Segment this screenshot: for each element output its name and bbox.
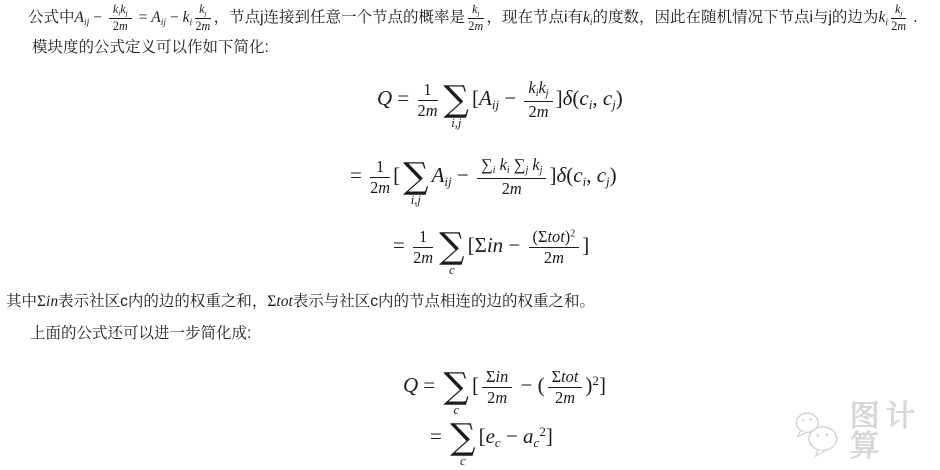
math-roman: = bbox=[418, 373, 440, 397]
fraction-denominator: 2m bbox=[524, 102, 552, 121]
fraction-numerator: ∑i ki ∑j kj bbox=[477, 156, 546, 179]
fraction-numerator: kj bbox=[468, 3, 483, 19]
math-roman: 1 bbox=[419, 227, 427, 246]
summation-index: i,j bbox=[451, 117, 461, 130]
paragraph-simplify-intro: 模块度的公式定义可以作如下简化: bbox=[32, 30, 269, 66]
math-italic: δ bbox=[563, 86, 573, 110]
paragraph-further-simplify-intro: 上面的公式还可以进一步简化成: bbox=[30, 316, 251, 352]
sigma-symbol: ∑ bbox=[403, 160, 428, 194]
fraction-numerator: kikj bbox=[109, 3, 132, 19]
math-var: cj bbox=[603, 86, 616, 110]
math-roman: Σ bbox=[552, 367, 562, 386]
math-var: ac bbox=[523, 424, 539, 448]
math-var: ci bbox=[573, 163, 586, 187]
fraction-numerator: kikj bbox=[524, 79, 552, 102]
math-roman: 1 bbox=[376, 157, 384, 176]
fraction-numerator: 1 bbox=[370, 158, 390, 178]
math-italic: c bbox=[460, 454, 466, 468]
fraction: Σtot2m bbox=[548, 368, 583, 406]
math-var: Aij bbox=[75, 9, 90, 26]
fraction-numerator: Σin bbox=[482, 368, 512, 388]
math-italic: Q bbox=[403, 373, 418, 397]
sigma-symbol: ∑ bbox=[444, 370, 469, 404]
math-roman: 2 bbox=[529, 102, 537, 121]
summation-index: c bbox=[449, 264, 455, 277]
math-roman: . bbox=[909, 9, 917, 26]
text-run: ，现在节点i有 bbox=[487, 9, 583, 26]
math-italic: m bbox=[897, 19, 906, 33]
sigma-symbol: ∑ bbox=[450, 421, 475, 455]
equation-simplified-q: Q = ∑c[Σin2m − (Σtot2m)2] bbox=[403, 359, 606, 407]
math-roman: 2 bbox=[418, 101, 426, 120]
text-run: ，节点j连接到任意一个节点的概率是 bbox=[214, 9, 465, 26]
math-roman: , bbox=[586, 163, 597, 187]
math-roman: ) bbox=[616, 86, 623, 110]
math-italic: m bbox=[510, 179, 522, 198]
fraction-numerator: kj bbox=[195, 3, 210, 19]
fraction-denominator: 2m bbox=[482, 388, 512, 407]
math-var: ec bbox=[486, 424, 501, 448]
summation: ∑i,j bbox=[403, 160, 428, 194]
math-var: kj bbox=[199, 2, 206, 16]
math-italic: δ bbox=[556, 163, 566, 187]
math-superscript: 2 bbox=[570, 228, 575, 239]
fraction: Σin2m bbox=[482, 368, 512, 406]
math-italic: in bbox=[46, 293, 58, 310]
paragraph-sigma-terms-explanation: 其中Σin表示社区c内的边的权重之和，Σtot表示与社区c内的节点相连的边的权重… bbox=[6, 284, 595, 320]
fraction-denominator: 2m bbox=[418, 101, 438, 120]
math-italic: m bbox=[474, 19, 483, 33]
fraction: 12m bbox=[370, 158, 390, 196]
math-roman: − bbox=[501, 424, 523, 448]
equation-ec-ac: = ∑c[ec − ac2] bbox=[430, 410, 553, 465]
math-italic: in bbox=[487, 233, 503, 257]
fraction-denominator: 2m bbox=[548, 388, 583, 407]
math-var: kj bbox=[120, 2, 127, 16]
math-roman: [ bbox=[472, 373, 479, 397]
math-roman: − bbox=[166, 9, 183, 26]
math-var: kj bbox=[539, 78, 549, 97]
math-italic: m bbox=[421, 248, 433, 267]
math-roman: = bbox=[430, 424, 447, 448]
math-var: kj bbox=[472, 2, 479, 16]
math-italic: m bbox=[552, 248, 564, 267]
math-roman: [ bbox=[472, 86, 479, 110]
math-italic: Q bbox=[377, 86, 392, 110]
fraction-denominator: 2m bbox=[477, 179, 546, 198]
math-roman: ∑ bbox=[510, 155, 526, 174]
fraction: 12m bbox=[418, 81, 438, 119]
math-roman: [ bbox=[479, 424, 486, 448]
math-roman: − bbox=[503, 233, 525, 257]
math-roman: ] bbox=[556, 86, 563, 110]
text-run: 的度数，因此在随机情况下节点i与j的边为 bbox=[593, 9, 879, 26]
math-italic: tot bbox=[547, 227, 564, 246]
fraction: kikj2m bbox=[524, 79, 552, 121]
math-roman: 2 bbox=[555, 388, 563, 407]
math-roman: 2 bbox=[502, 179, 510, 198]
fraction-denominator: 2m bbox=[413, 248, 433, 267]
math-italic: tot bbox=[561, 367, 578, 386]
math-roman: [Σ bbox=[468, 233, 487, 257]
fraction: ∑i ki ∑j kj2m bbox=[477, 156, 546, 198]
summation-index: c bbox=[460, 455, 466, 468]
equation-modularity-definition: Q = 12m∑i,j[Aij − kikj2m]δ(ci, cj) bbox=[377, 76, 623, 127]
math-roman: − ( bbox=[515, 373, 544, 397]
math-roman: − bbox=[452, 163, 474, 187]
math-var: ci bbox=[579, 86, 592, 110]
math-roman: 2 bbox=[544, 248, 552, 267]
text-run: 其中 bbox=[6, 293, 37, 310]
watermark: 图计算 bbox=[793, 402, 940, 462]
math-var: cj bbox=[597, 163, 610, 187]
math-var: kj bbox=[895, 2, 902, 16]
math-italic: m bbox=[495, 388, 507, 407]
math-var: ki bbox=[878, 9, 888, 26]
math-var: ki bbox=[183, 9, 193, 26]
equation-modularity-expanded: = 12m[∑i,jAij − ∑i ki ∑j kj2m]δ(ci, cj) bbox=[350, 153, 617, 204]
math-roman: ] bbox=[546, 424, 553, 448]
fraction-denominator: 2m bbox=[529, 248, 580, 267]
math-italic: in bbox=[496, 367, 509, 386]
math-italic: i,j bbox=[451, 116, 461, 130]
math-roman: − bbox=[499, 86, 521, 110]
summation: ∑c bbox=[444, 370, 469, 404]
fraction: kikj2m bbox=[109, 3, 132, 34]
math-var: Aij bbox=[151, 9, 166, 26]
math-roman: = bbox=[350, 163, 367, 187]
math-roman: 1 bbox=[423, 80, 431, 99]
watermark-label: 图计算 bbox=[850, 402, 940, 462]
fraction-denominator: 2m bbox=[468, 19, 483, 33]
summation: ∑c bbox=[439, 230, 464, 264]
fraction-numerator: (Σtot)2 bbox=[529, 228, 580, 248]
math-roman: − bbox=[89, 9, 106, 26]
math-italic: m bbox=[426, 101, 438, 120]
math-roman: ) bbox=[610, 163, 617, 187]
equation-modularity-community-sum: = 12m∑c[Σin − (Σtot)22m] bbox=[393, 223, 589, 267]
math-italic: m bbox=[378, 178, 390, 197]
math-italic: tot bbox=[276, 293, 292, 310]
math-roman: ∑ bbox=[481, 155, 493, 174]
math-roman: ] bbox=[599, 373, 606, 397]
math-roman: ] bbox=[582, 233, 589, 257]
math-var: Aij bbox=[432, 163, 452, 187]
math-roman: Σ bbox=[486, 367, 496, 386]
sigma-symbol: ∑ bbox=[439, 230, 464, 264]
fraction-denominator: 2m bbox=[891, 19, 906, 33]
fraction-numerator: Σtot bbox=[548, 368, 583, 388]
text-run: 表示与社区c内的节点相连的边的权重之和。 bbox=[293, 293, 595, 310]
math-italic: m bbox=[563, 388, 575, 407]
math-var: Aij bbox=[479, 86, 499, 110]
math-roman: (Σ bbox=[533, 227, 548, 246]
fraction-denominator: 2m bbox=[370, 178, 390, 197]
fraction: kj2m bbox=[891, 3, 906, 34]
text-run: 公式中 bbox=[28, 9, 75, 26]
math-var: kj bbox=[532, 155, 542, 174]
math-roman: = bbox=[135, 9, 152, 26]
math-italic: i,j bbox=[411, 193, 421, 207]
fraction: 12m bbox=[413, 228, 433, 266]
fraction-numerator: 1 bbox=[413, 228, 433, 248]
fraction: kj2m bbox=[468, 3, 483, 34]
fraction-numerator: kj bbox=[891, 3, 906, 19]
math-var: ki bbox=[528, 78, 538, 97]
math-roman: , bbox=[592, 86, 603, 110]
summation-index: i,j bbox=[411, 194, 421, 207]
math-roman: Σ bbox=[37, 293, 46, 310]
math-var: ki bbox=[500, 155, 510, 174]
summation: ∑i,j bbox=[444, 83, 469, 117]
math-roman: [ bbox=[393, 163, 400, 187]
wechat-icon bbox=[793, 402, 842, 462]
math-italic: m bbox=[537, 102, 549, 121]
math-roman: = bbox=[392, 86, 414, 110]
math-roman: = bbox=[393, 233, 410, 257]
text-run: 表示社区c内的边的权重之和， bbox=[58, 293, 267, 310]
math-var: ki bbox=[583, 9, 593, 26]
fraction: (Σtot)22m bbox=[529, 228, 580, 266]
fraction: kj2m bbox=[195, 3, 210, 34]
math-italic: c bbox=[449, 263, 455, 277]
document-page: 公式中Aij − kikj2m = Aij − kikj2m，节点j连接到任意一… bbox=[0, 0, 940, 470]
sigma-symbol: ∑ bbox=[444, 83, 469, 117]
fraction-numerator: 1 bbox=[418, 81, 438, 101]
summation: ∑c bbox=[450, 421, 475, 455]
